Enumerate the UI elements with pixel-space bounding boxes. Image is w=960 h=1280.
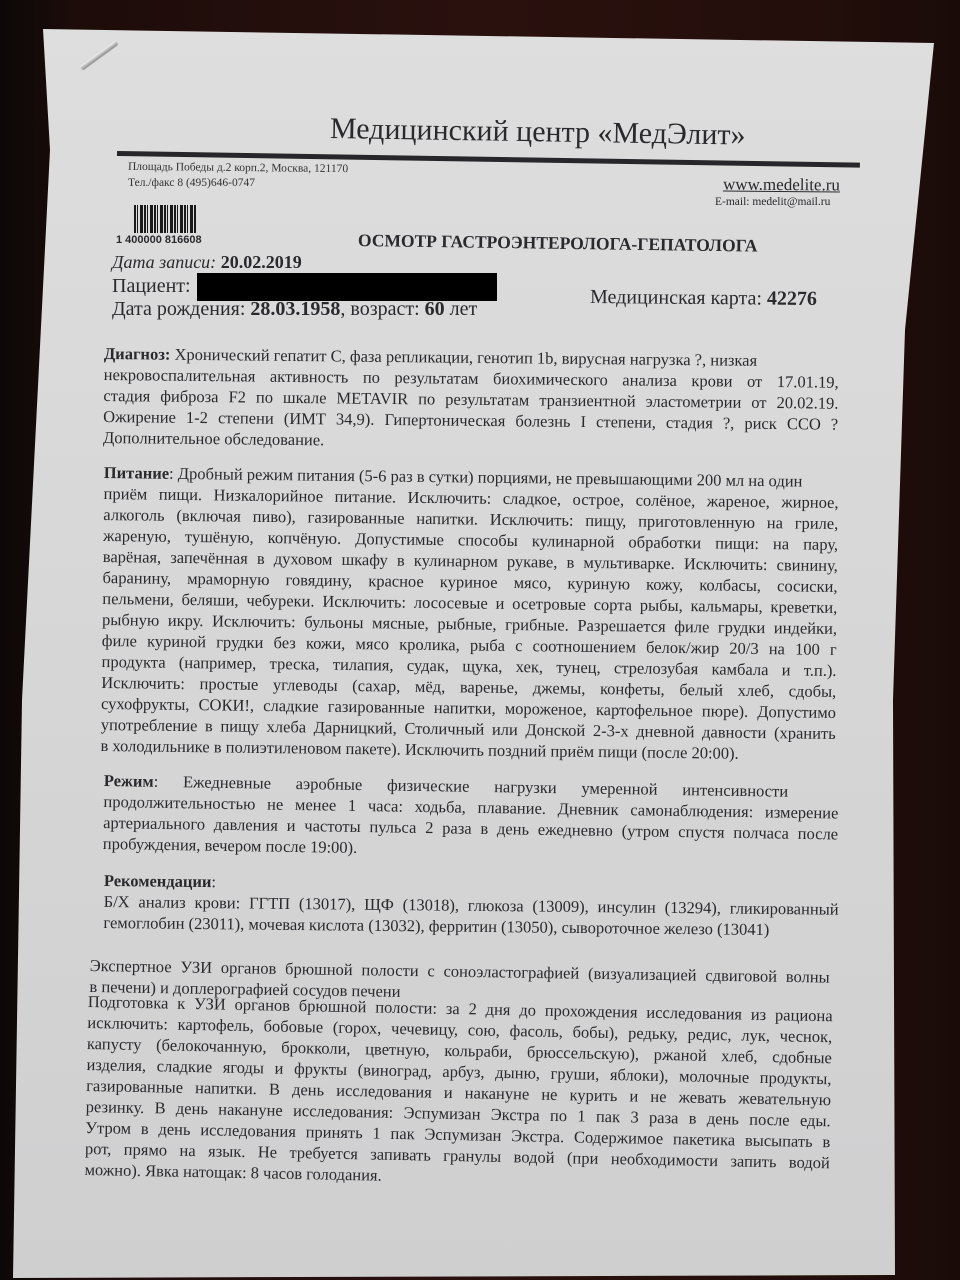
clinic-name: Медицинский центр «МедЭлит» <box>330 112 746 153</box>
nutrition-label: Питание <box>104 463 169 483</box>
date-of-birth: Дата рождения: 28.03.1958, возраст: 60 л… <box>112 298 477 321</box>
nutrition-section: Питание: Дробный режим питания (5-6 раз … <box>100 462 839 765</box>
clinic-phone: Тел./факс 8 (495)646-0747 <box>128 177 255 189</box>
age-value: 60 <box>425 298 445 320</box>
patient-name-redaction <box>197 273 497 301</box>
record-date-value: 20.02.2019 <box>221 252 302 272</box>
recommendations-label: Рекомендации <box>104 871 212 891</box>
patient-label: Пациент: <box>112 275 191 298</box>
barcode-number: 1 400000 816608 <box>116 234 202 246</box>
diagnosis-label: Диагноз: <box>104 344 171 364</box>
regimen-label: Режим <box>104 771 154 791</box>
clinic-website-link[interactable]: www.medelite.ru <box>723 174 840 195</box>
clinic-address: Площадь Победы д.2 корп.2, Москва, 12117… <box>128 161 348 175</box>
diagnosis-section: Диагноз: Хронический гепатит С, фаза реп… <box>103 343 839 456</box>
medical-card-number: 42276 <box>767 288 817 310</box>
clinic-email: E-mail: medelit@mail.ru <box>715 196 830 208</box>
ultrasound-preparation: Подготовка к УЗИ органов брюшной полости… <box>84 991 832 1194</box>
record-date: Дата записи: 20.02.2019 <box>112 252 302 273</box>
barcode <box>134 205 196 233</box>
regimen-section: Режим: Ежедневные аэробные физические на… <box>103 770 839 866</box>
recommendations-section: Рекомендации: Б/Х анализ крови: ГГТП (13… <box>103 870 839 941</box>
record-date-label: Дата записи: <box>112 252 216 272</box>
dob-value: 28.03.1958 <box>250 298 340 320</box>
medical-card: Медицинская карта: 42276 <box>590 286 817 311</box>
